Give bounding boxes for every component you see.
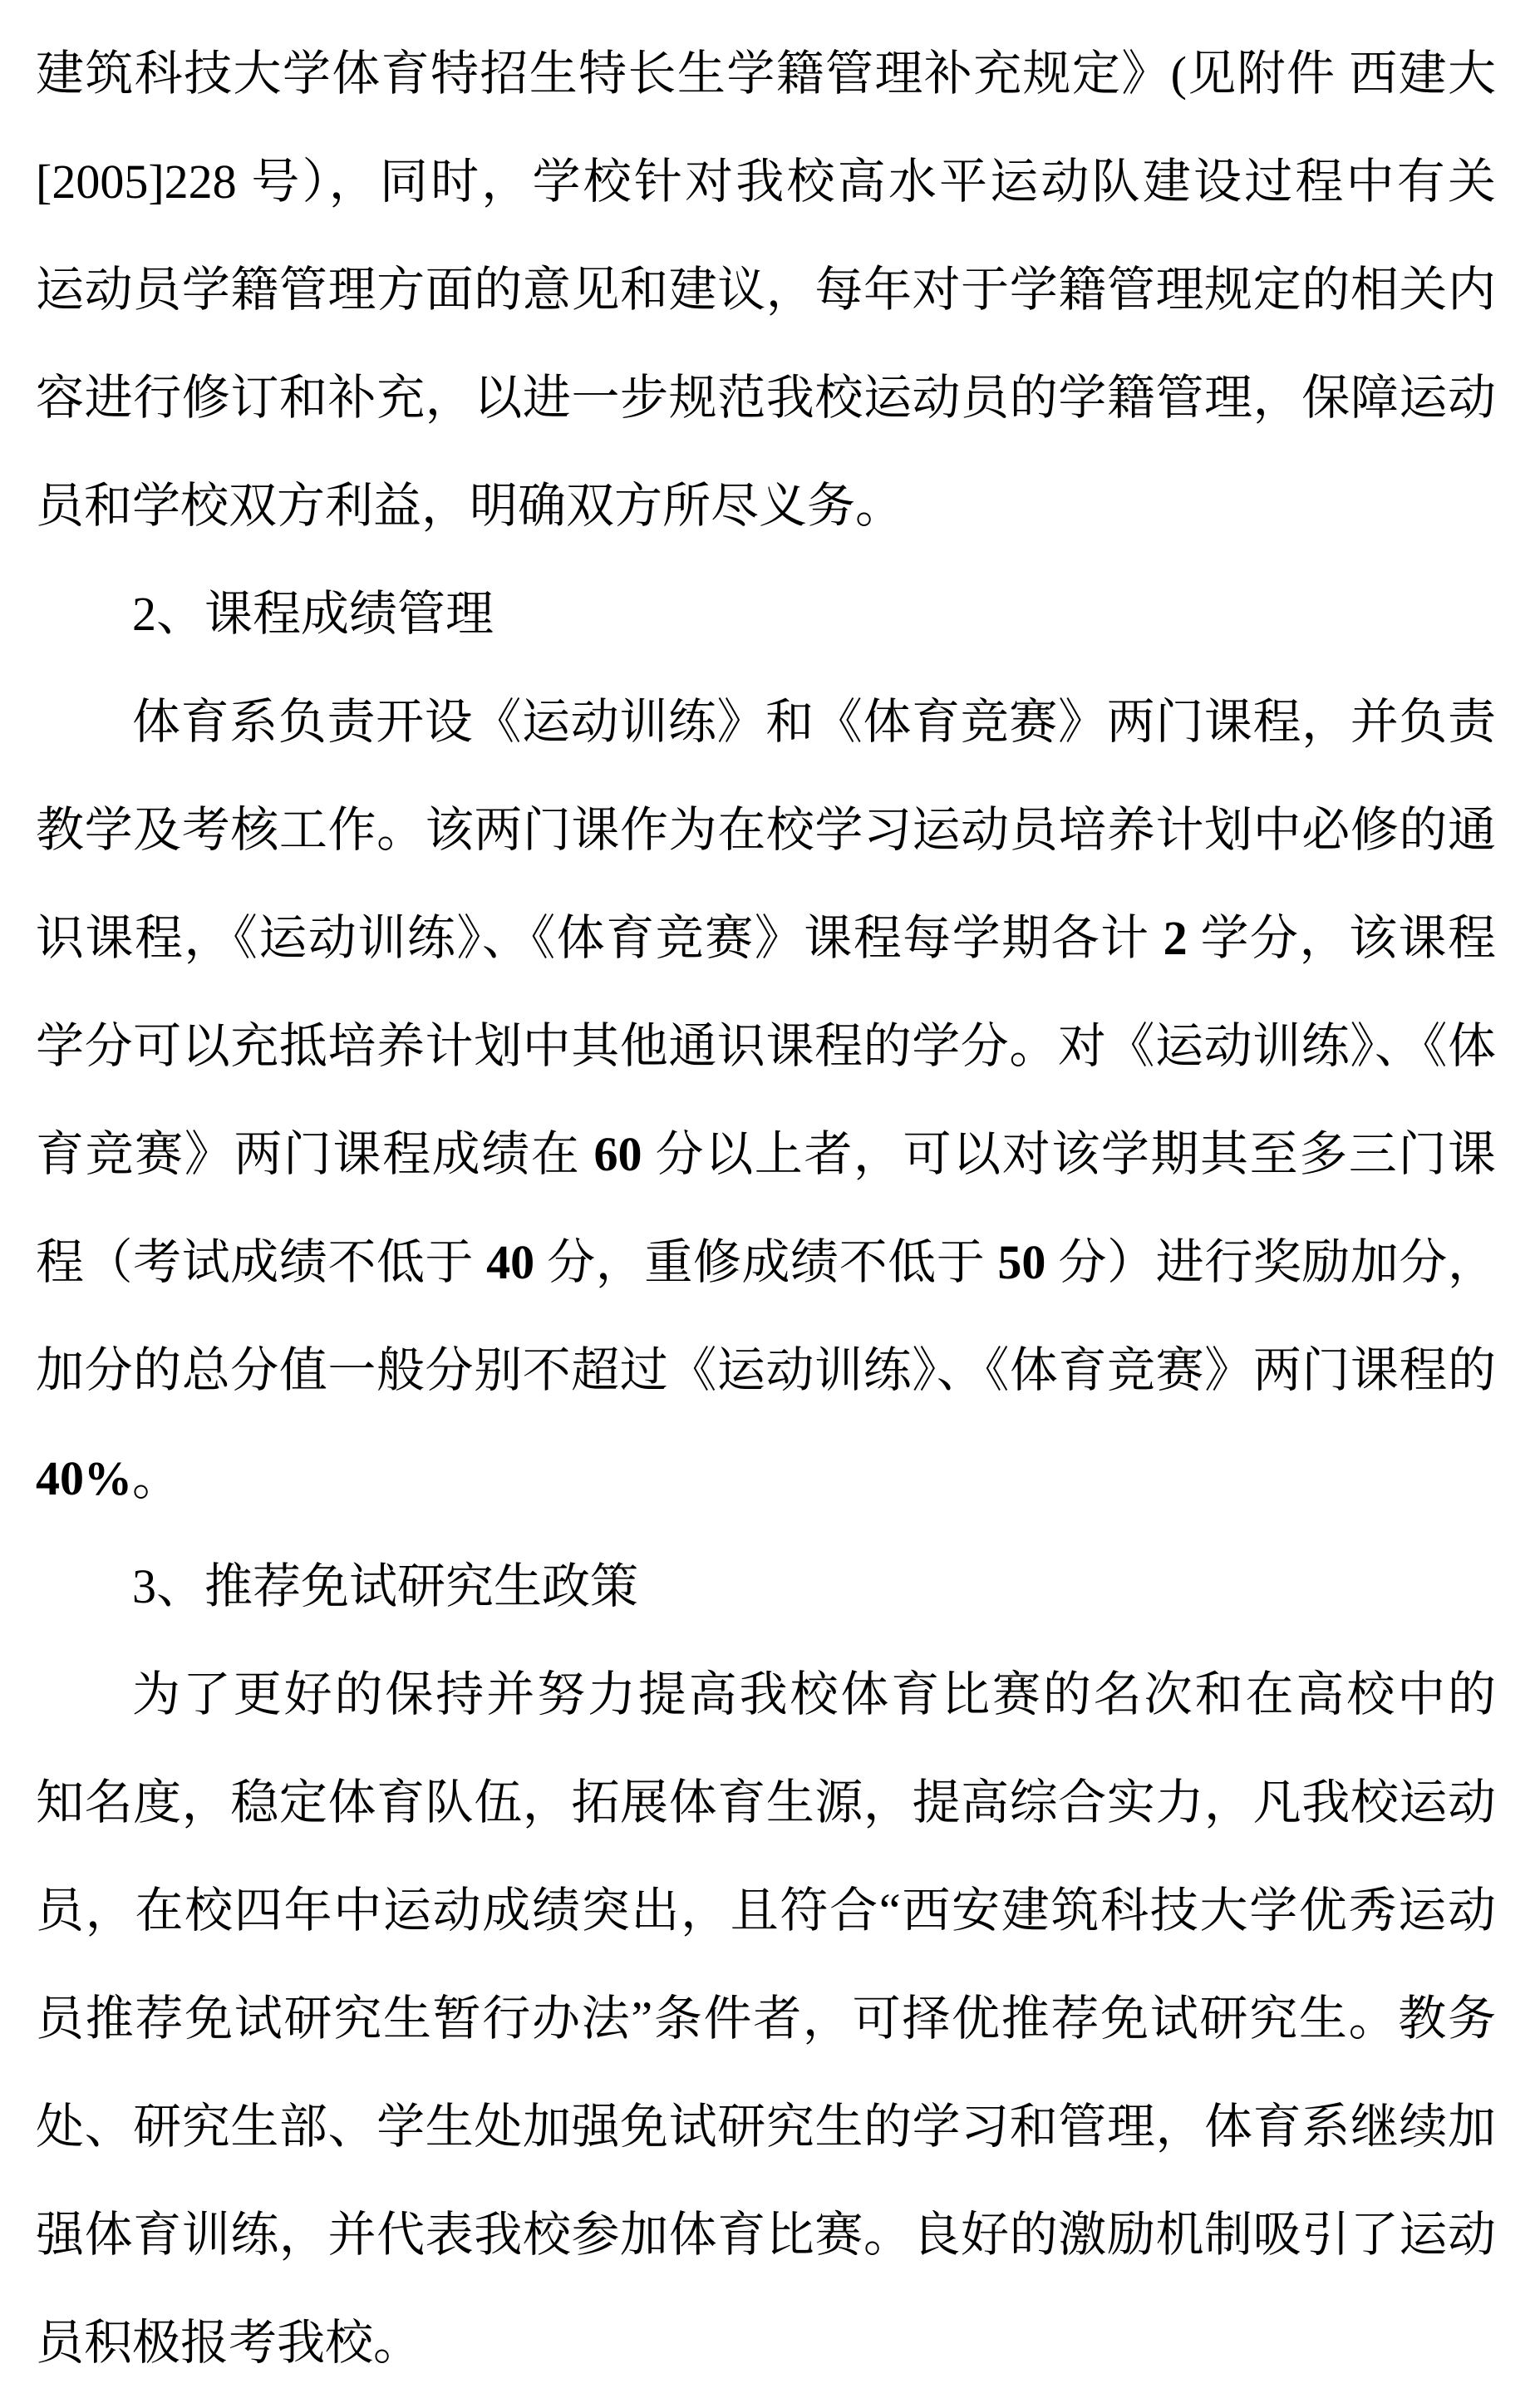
text-line: 识课程，《运动训练》、《体育竞赛》课程每学期各计 2 学分，该课程: [36, 884, 1496, 992]
text-line: 加分的总分值一般分别不超过《运动训练》、《体育竞赛》两门课程的: [36, 1317, 1496, 1425]
text-line: 40%。: [36, 1425, 1496, 1533]
text-line: 程（考试成绩不低于 40 分，重修成绩不低于 50 分）进行奖励加分，: [36, 1209, 1496, 1317]
text-line: 处、研究生部、学生处加强免试研究生的学习和管理，体育系继续加: [36, 2073, 1496, 2181]
text-line: 育竞赛》两门课程成绩在 60 分以上者，可以对该学期其至多三门课: [36, 1101, 1496, 1209]
text-line: 员，在校四年中运动成绩突出，且符合“西安建筑科技大学优秀运动: [36, 1857, 1496, 1965]
text-line: 强体育训练，并代表我校参加体育比赛。良好的激励机制吸引了运动: [36, 2181, 1496, 2289]
text-line: 员和学校双方利益，明确双方所尽义务。: [36, 452, 1496, 560]
text-line: 运动员学籍管理方面的意见和建议，每年对于学籍管理规定的相关内: [36, 236, 1496, 344]
text-line: 体育系负责开设《运动训练》和《体育竞赛》两门课程，并负责: [36, 668, 1496, 776]
document-page: 建筑科技大学体育特招生特长生学籍管理补充规定》(见附件 西建大 [2005]22…: [0, 0, 1535, 2408]
text-line: 知名度，稳定体育队伍，拓展体育生源，提高综合实力，凡我校运动: [36, 1749, 1496, 1857]
section-heading-2: 2、课程成绩管理: [36, 560, 1496, 668]
text-block: 建筑科技大学体育特招生特长生学籍管理补充规定》(见附件 西建大 [2005]22…: [36, 20, 1496, 2397]
text-line: 为了更好的保持并努力提高我校体育比赛的名次和在高校中的: [36, 1641, 1496, 1749]
text-line: 员推荐免试研究生暂行办法”条件者，可择优推荐免试研究生。教务: [36, 1965, 1496, 2073]
text-line: 员积极报考我校。: [36, 2289, 1496, 2397]
text-line: 容进行修订和补充，以进一步规范我校运动员的学籍管理，保障运动: [36, 344, 1496, 452]
section-heading-3: 3、推荐免试研究生政策: [36, 1533, 1496, 1641]
text-line: [2005]228 号），同时，学校针对我校高水平运动队建设过程中有关: [36, 128, 1496, 236]
text-line: 学分可以充抵培养计划中其他通识课程的学分。对《运动训练》、《体: [36, 992, 1496, 1101]
text-line: 建筑科技大学体育特招生特长生学籍管理补充规定》(见附件 西建大: [36, 20, 1496, 128]
text-line: 教学及考核工作。该两门课作为在校学习运动员培养计划中必修的通: [36, 776, 1496, 884]
